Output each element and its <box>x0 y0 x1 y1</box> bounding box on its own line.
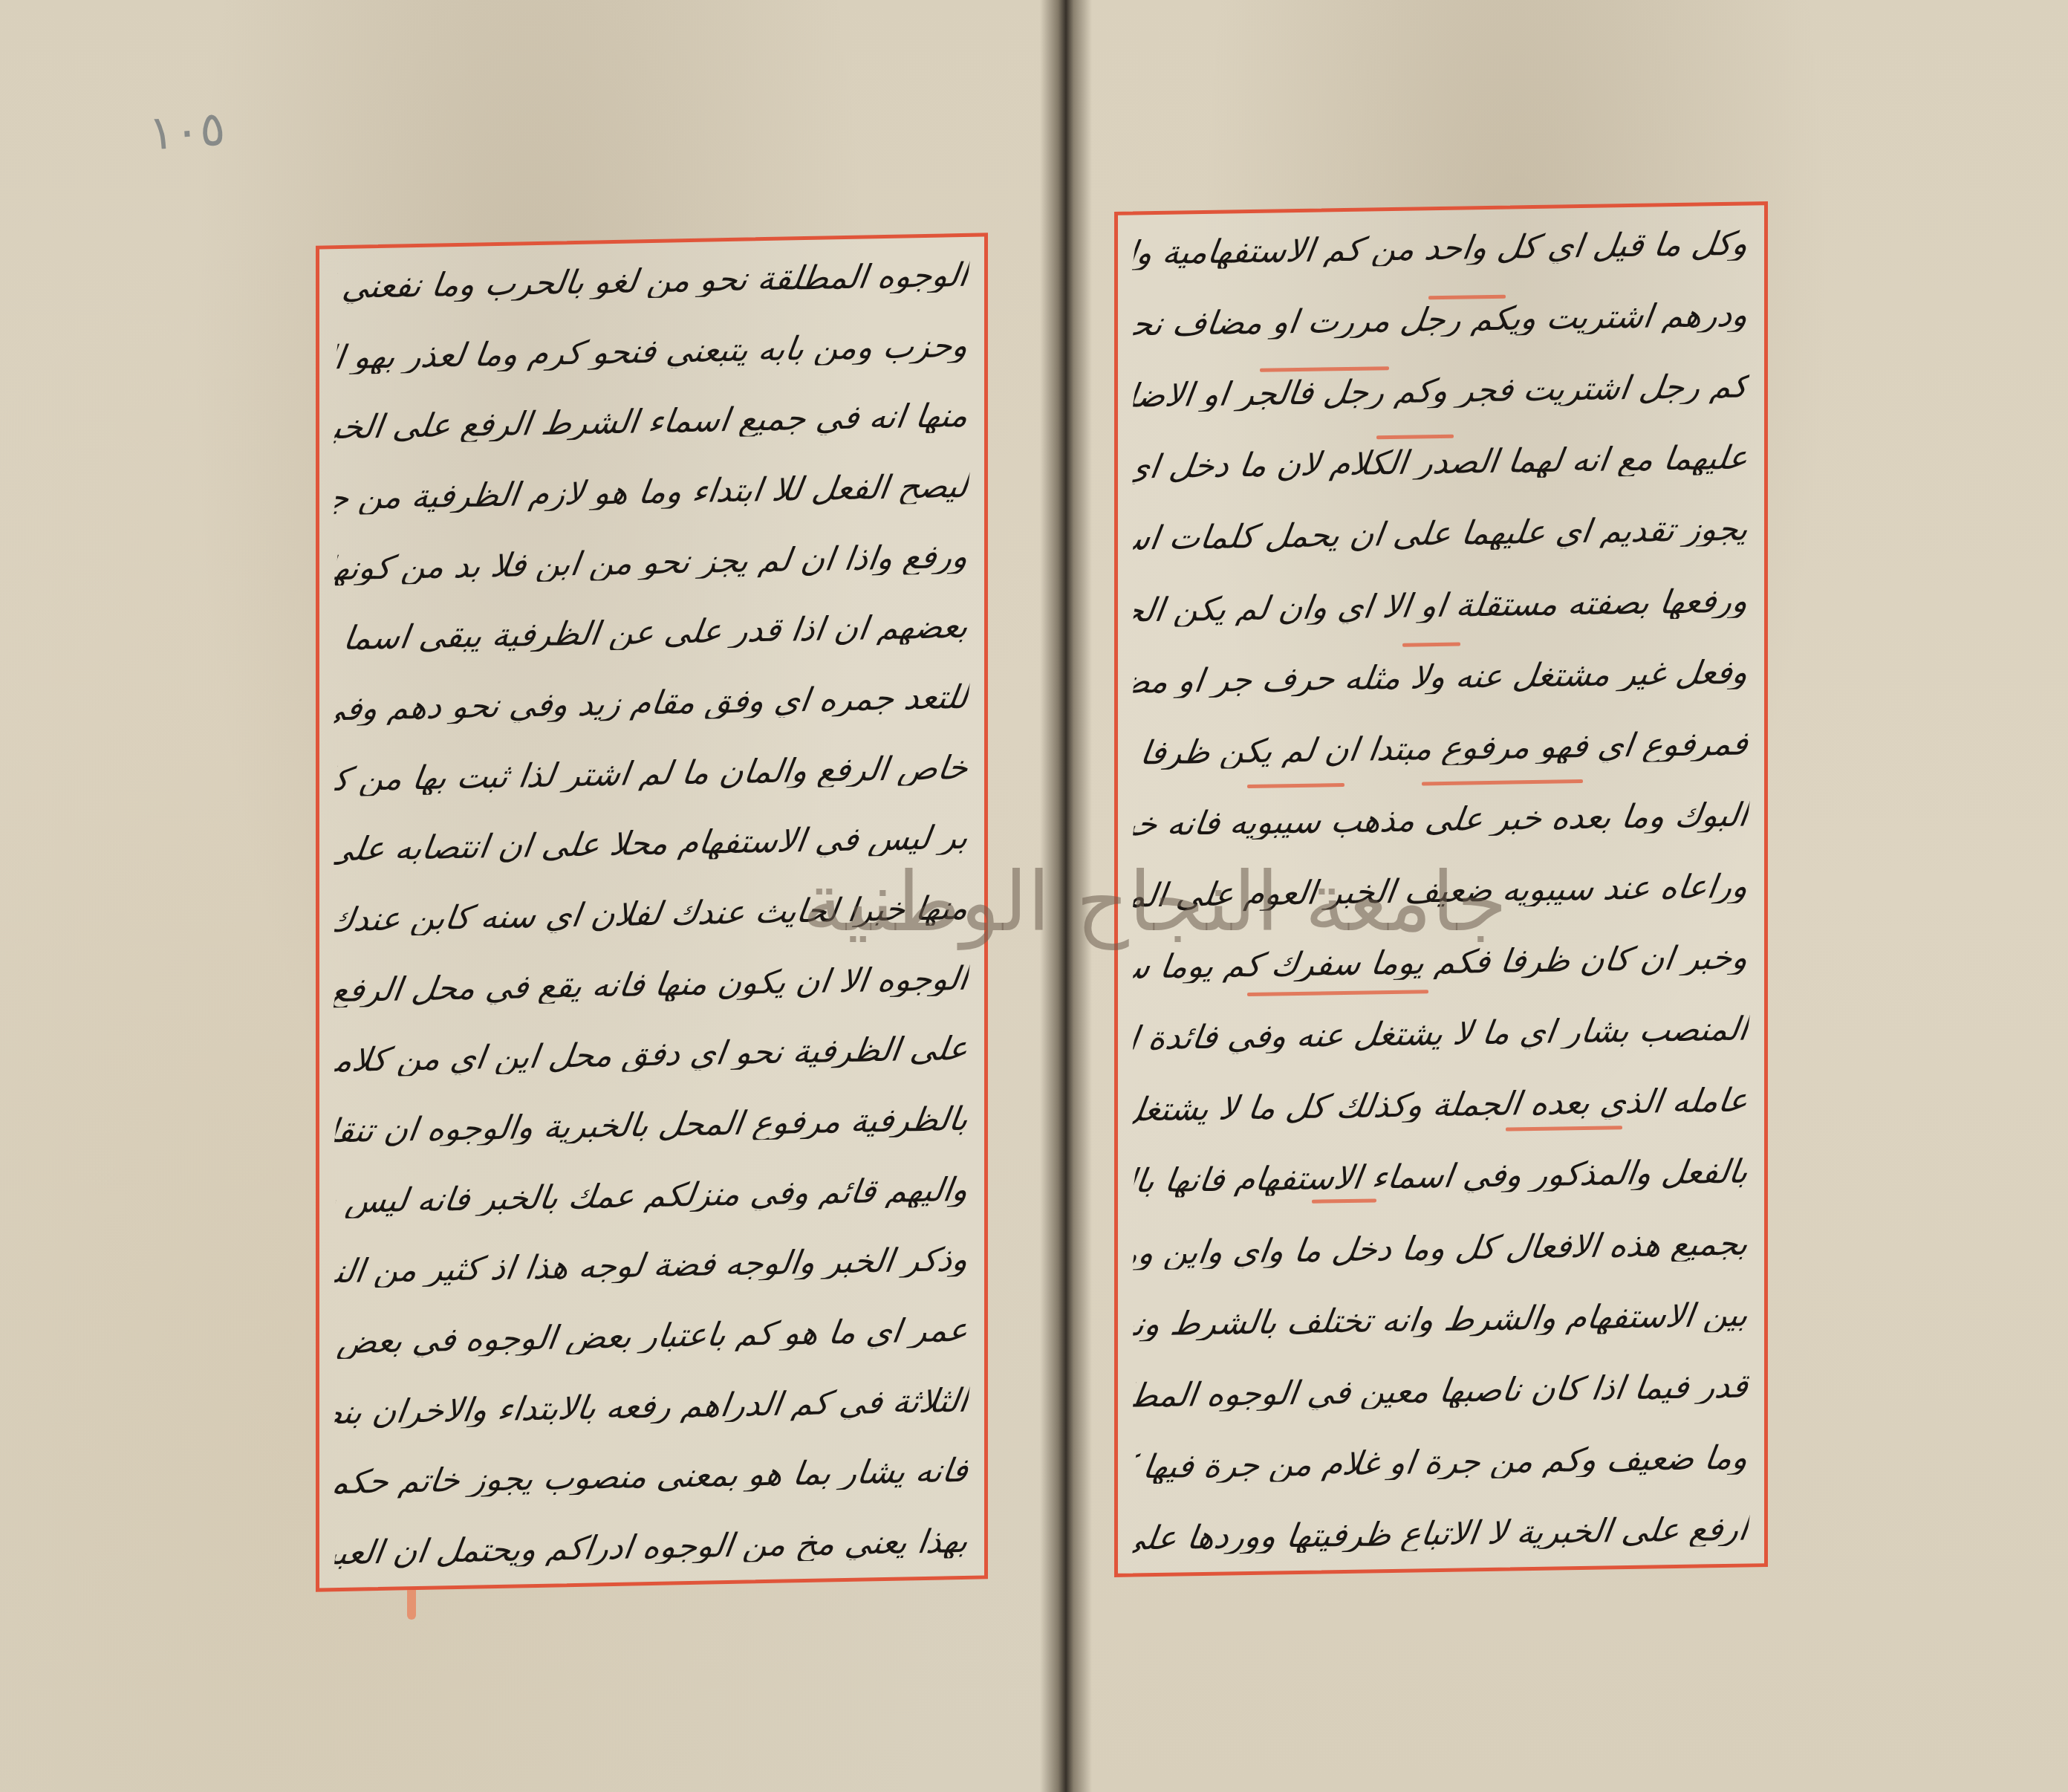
manuscript-line: ودرهم اشتريت ويكم رجل مررت او مضاف نحو غ… <box>1132 299 1750 342</box>
manuscript-line: عليهما مع انه لهما الصدر الكلام لان ما د… <box>1132 442 1750 484</box>
manuscript-line: الوجوه الا ان يكون منها فانه يقع في محل … <box>334 962 970 1007</box>
manuscript-line: خاص الرفع والمان ما لم اشتر لذا ثبت بها … <box>334 751 970 796</box>
manuscript-line: فانه يشار بما هو بمعنى منصوب يجوز خاتم ح… <box>334 1455 970 1499</box>
manuscript-line: بجميع هذه الافعال كل وما دخل ما واي واين… <box>1132 1227 1750 1270</box>
manuscript-line: منها انه في جميع اسماء الشرط الرفع على ا… <box>334 400 970 444</box>
manuscript-line: قدر فيما اذا كان ناصبها معين في الوجوه ا… <box>1132 1370 1750 1412</box>
manuscript-line: بين الاستفهام والشرط وانه تختلف بالشرط و… <box>1132 1299 1750 1341</box>
manuscript-line: وفعل غير مشتغل عنه ولا مثله حرف جر او مض… <box>1132 656 1750 698</box>
manuscript-line: وكل ما قيل اي كل واحد من كم الاستفهامية … <box>1132 227 1750 270</box>
manuscript-line: على الظرفية نحو اي دفق محل اين اي من كلا… <box>334 1033 970 1077</box>
manuscript-line: البوك وما بعده خبر على مذهب سيبويه فانه … <box>1132 799 1750 841</box>
manuscript-spread: ١٠٥ الوجوه المطلقة نحو من لغو بالحرب وما… <box>0 0 2068 1792</box>
manuscript-line: وما ضعيف وكم من جرة او غلام من جرة فيها … <box>1132 1441 1750 1484</box>
ink-drip <box>407 1590 416 1620</box>
manuscript-line: فمرفوع اي فهو مرفوع مبتدا ان لم يكن ظرفا… <box>1132 727 1750 770</box>
manuscript-line: وذكر الخبر والوجه فضة لوجه هذا اذ كثير م… <box>334 1244 970 1288</box>
watermark-text: جامعة النجاح الوطنية <box>802 854 1507 949</box>
manuscript-line: بهذا يعني مخ من الوجوه ادراكم ويحتمل ان … <box>334 1525 970 1570</box>
manuscript-line: ارفع على الخبرية لا الاتباع ظرفيتها وورد… <box>1132 1513 1750 1555</box>
manuscript-line: وحزب ومن بابه يتبعني فنحو كرم وما لعذر ب… <box>334 329 970 374</box>
manuscript-line: بعضهم ان اذا قدر على عن الظرفية يبقى اسم… <box>334 611 970 655</box>
manuscript-line: ورفعها بصفته مستقلة او الا اي وان لم يكن… <box>1132 585 1750 627</box>
manuscript-line: الثلاثة في كم الدراهم رفعه بالابتداء وال… <box>334 1384 970 1429</box>
manuscript-line: عمر اي ما هو كم باعتبار بعض الوجوه في بع… <box>334 1314 970 1359</box>
manuscript-line: بالظرفية مرفوع المحل بالخبرية والوجوه ان… <box>334 1103 970 1148</box>
manuscript-line: بالفعل والمذكور وفي اسماء الاستفهام فانه… <box>1132 1156 1750 1198</box>
manuscript-line: الوجوه المطلقة نحو من لغو بالحرب وما نفع… <box>334 259 970 304</box>
manuscript-line: كم رجل اشتريت فجر وكم رجل فالجر او الاضا… <box>1132 371 1750 413</box>
manuscript-line: واليهم قائم وفي منزلكم عمك بالخبر فانه ل… <box>334 1173 970 1218</box>
folio-number: ١٠٥ <box>147 101 227 161</box>
manuscript-line: ورفع واذا ان لم يجز نحو من ابن فلا بد من… <box>334 540 970 585</box>
manuscript-line: للتعد جمره اي وفق مقام زيد وفي نحو دهم و… <box>334 681 970 726</box>
manuscript-line: المنصب بشار اي ما لا يشتغل عنه وفي فائدة… <box>1132 1013 1750 1056</box>
manuscript-line: ليصح الفعل للا ابتداء وما هو لازم الظرفي… <box>334 470 970 515</box>
manuscript-line: عامله الذي بعده الجملة وكذلك كل ما لا يش… <box>1132 1085 1750 1127</box>
manuscript-line: يجوز تقديم اي عليهما على ان يحمل كلمات ا… <box>1132 513 1750 556</box>
